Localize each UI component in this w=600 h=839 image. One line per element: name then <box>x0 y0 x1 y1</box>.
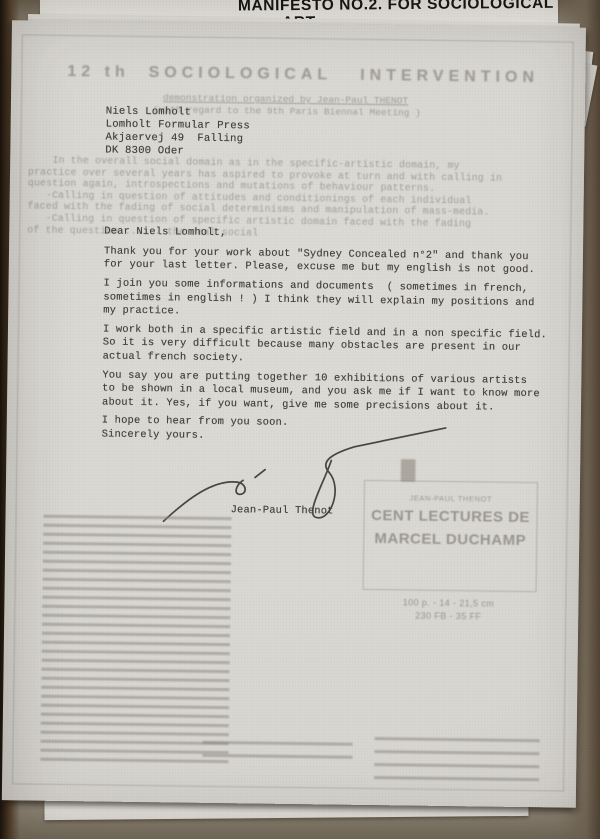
recipient-address: Niels Lomholt Lomholt Formular Press Akj… <box>105 105 250 159</box>
letter-paragraph: Thank you for your work about "Sydney Co… <box>104 245 584 278</box>
showthrough-intro-paragraph: In the overall social domain as in the s… <box>27 154 502 241</box>
showthrough-book-title-line2: MARCEL DUCHAMP <box>364 529 536 550</box>
photo-background: MANIFESTO NO.2. FOR SOCIOLOGICAL ART. 12… <box>0 0 600 839</box>
salutation: Dear Niels Lomholt, <box>104 225 226 239</box>
letter-paragraph: I work both in a specific artistic field… <box>103 323 583 369</box>
showthrough-book-author: JEAN-PAUL THENOT <box>365 493 537 504</box>
letter-paragraph: You say you are putting together 10 exhi… <box>102 369 582 415</box>
showthrough-book-title-line1: CENT LECTURES DE <box>364 506 536 527</box>
letter-sheet: 12 th SOCIOLOGICAL INTERVENTION demonstr… <box>2 20 586 807</box>
letter-paragraph: I join you some informations and documen… <box>103 278 583 324</box>
showthrough-text-lines <box>374 737 540 783</box>
showthrough-book-cover: JEAN-PAUL THENOT CENT LECTURES DE MARCEL… <box>363 480 538 592</box>
showthrough-text-column <box>40 515 231 769</box>
signature-name: Jean-Paul Thenot <box>231 504 334 517</box>
showthrough-book-thumbnail <box>401 459 415 481</box>
showthrough-text-lines <box>202 741 352 765</box>
